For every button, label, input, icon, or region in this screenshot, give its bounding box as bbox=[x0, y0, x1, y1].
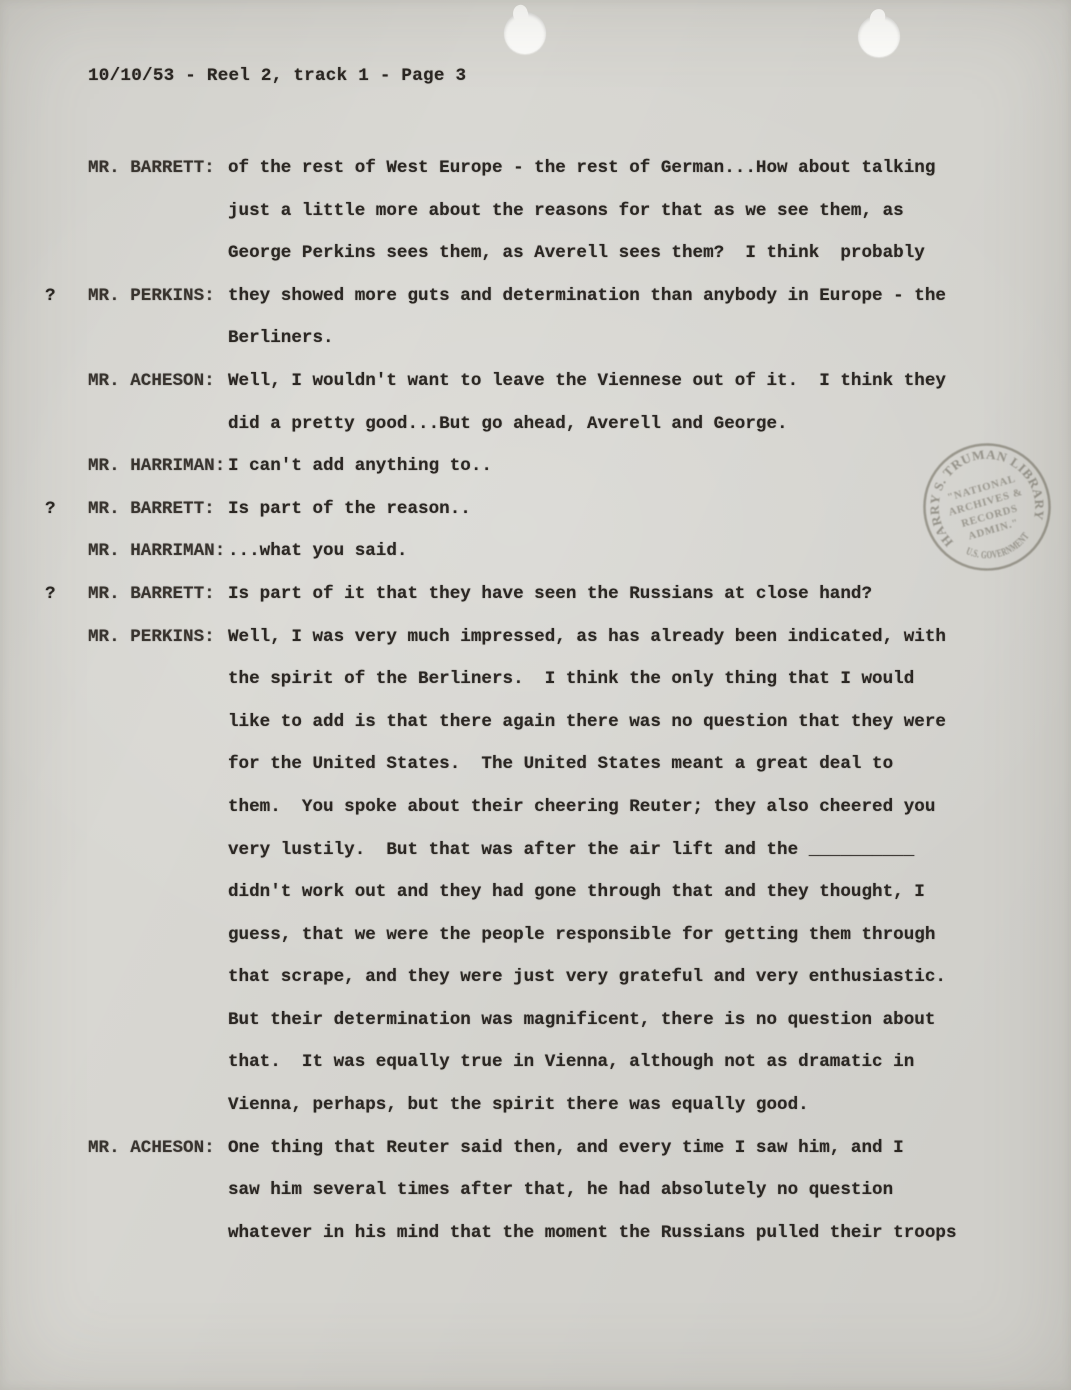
dialog-entry: MR. ACHESON: Well, I wouldn't want to le… bbox=[0, 360, 1030, 445]
speaker-label: MR. BARRETT: bbox=[88, 573, 215, 616]
margin-question-mark: ? bbox=[45, 488, 56, 531]
dialog-text: ...what you said. bbox=[228, 530, 988, 573]
dialog-entry: ? MR. PERKINS: they showed more guts and… bbox=[0, 275, 1030, 360]
transcript-body: MR. BARRETT: of the rest of West Europe … bbox=[0, 147, 1030, 1254]
speaker-label: MR. HARRIMAN: bbox=[88, 530, 225, 573]
dialog-text: Is part of it that they have seen the Ru… bbox=[228, 573, 988, 616]
dialog-entry: MR. ACHESON: One thing that Reuter said … bbox=[0, 1127, 1030, 1255]
dialog-text: I can't add anything to.. bbox=[228, 445, 988, 488]
page-header: 10/10/53 - Reel 2, track 1 - Page 3 bbox=[88, 66, 466, 86]
dialog-text: One thing that Reuter said then, and eve… bbox=[228, 1127, 988, 1255]
dialog-entry: MR. BARRETT: of the rest of West Europe … bbox=[0, 147, 1030, 275]
margin-question-mark: ? bbox=[45, 275, 56, 318]
truman-library-archive-stamp: HARRY S. TRUMAN LIBRARY U.S. GOVERNMENT … bbox=[905, 425, 1069, 589]
dialog-entry: MR. HARRIMAN: I can't add anything to.. bbox=[0, 445, 1030, 488]
speaker-label: MR. ACHESON: bbox=[88, 360, 215, 403]
dialog-entry: ? MR. BARRETT: Is part of the reason.. bbox=[0, 488, 1030, 531]
dialog-text: of the rest of West Europe - the rest of… bbox=[228, 147, 988, 275]
dialog-entry: ? MR. BARRETT: Is part of it that they h… bbox=[0, 573, 1030, 616]
speaker-label: MR. PERKINS: bbox=[88, 616, 215, 659]
dialog-text: Is part of the reason.. bbox=[228, 488, 988, 531]
speaker-label: MR. PERKINS: bbox=[88, 275, 215, 318]
hole-punch-right bbox=[858, 15, 900, 57]
dialog-entry: MR. PERKINS: Well, I was very much impre… bbox=[0, 616, 1030, 1127]
dialog-text: they showed more guts and determination … bbox=[228, 275, 988, 360]
dialog-text: Well, I wouldn't want to leave the Vienn… bbox=[228, 360, 988, 445]
scanned-transcript-page: 10/10/53 - Reel 2, track 1 - Page 3 MR. … bbox=[0, 0, 1071, 1390]
speaker-label: MR. ACHESON: bbox=[88, 1127, 215, 1170]
hole-punch-left bbox=[504, 12, 546, 54]
dialog-entry: MR. HARRIMAN: ...what you said. bbox=[0, 530, 1030, 573]
stamp-graphic: HARRY S. TRUMAN LIBRARY U.S. GOVERNMENT … bbox=[905, 425, 1069, 589]
speaker-label: MR. HARRIMAN: bbox=[88, 445, 225, 488]
dialog-text: Well, I was very much impressed, as has … bbox=[228, 616, 988, 1127]
speaker-label: MR. BARRETT: bbox=[88, 488, 215, 531]
speaker-label: MR. BARRETT: bbox=[88, 147, 215, 190]
margin-question-mark: ? bbox=[45, 573, 56, 616]
